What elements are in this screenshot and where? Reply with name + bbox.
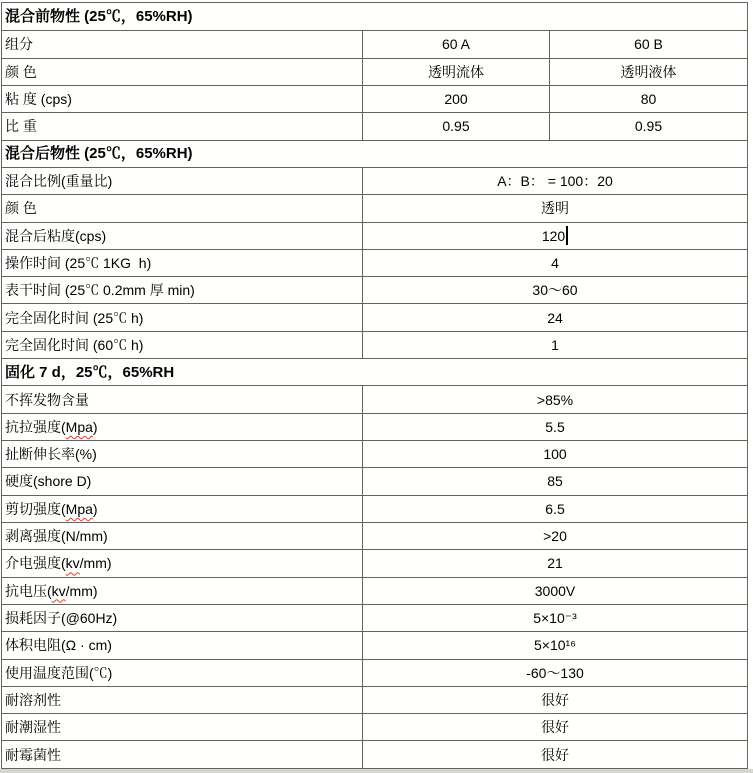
row-label[interactable]: 抗拉强度(Mpa) [2, 414, 362, 440]
spellcheck-wavy-underline: Mpa [66, 420, 93, 434]
value-cell-b[interactable]: 60 B [549, 31, 747, 57]
value-cell[interactable]: 21 [362, 550, 747, 576]
value-cell[interactable]: 24 [362, 304, 747, 330]
table-row: 损耗因子(@60Hz) 5×10⁻³ [2, 604, 747, 631]
section-header-postmix[interactable]: 混合后物性 (25℃，65%RH) [2, 141, 747, 167]
row-label[interactable]: 混合比例(重量比) [2, 168, 362, 194]
value-cell-a[interactable]: 透明流体 [362, 59, 549, 85]
value-cell[interactable]: 30～60 [362, 277, 747, 303]
value-cell[interactable]: 很好 [362, 741, 747, 767]
value-cell[interactable]: 6.5 [362, 496, 747, 522]
row-label[interactable]: 混合后粘度(cps) [2, 223, 362, 249]
value-cell-b[interactable]: 透明液体 [549, 59, 747, 85]
properties-table: 混合前物性 (25℃，65%RH) 组分 60 A 60 B 颜 色 透明流体 … [1, 2, 748, 769]
spellcheck-wavy-underline: Mpa [66, 502, 93, 516]
row-label[interactable]: 颜 色 [2, 59, 362, 85]
value-cell[interactable]: 透明 [362, 195, 747, 221]
table-row: 完全固化时间 (25℃ h) 24 [2, 303, 747, 330]
table-row: 颜 色 透明流体 透明液体 [2, 58, 747, 85]
table-row: 比 重 0.95 0.95 [2, 112, 747, 139]
section-header-cured[interactable]: 固化 7 d，25℃，65%RH [2, 359, 747, 385]
value-cell-b[interactable]: 0.95 [549, 113, 747, 139]
value-cell[interactable]: 120 [362, 223, 747, 249]
value-cell[interactable]: 3000V [362, 578, 747, 604]
value-text: 120 [542, 229, 565, 243]
table-row: 组分 60 A 60 B [2, 30, 747, 57]
value-cell[interactable]: >20 [362, 523, 747, 549]
row-label[interactable]: 耐溶剂性 [2, 687, 362, 713]
table-row: 体积电阻(Ω · cm) 5×10¹⁶ [2, 631, 747, 658]
table-row: 操作时间 (25℃ 1KG h) 4 [2, 249, 747, 276]
table-row: 颜 色 透明 [2, 194, 747, 221]
spellcheck-wavy-underline: kv [66, 556, 80, 570]
table-row: 耐潮湿性 很好 [2, 713, 747, 740]
value-cell-b[interactable]: 80 [549, 86, 747, 112]
row-label[interactable]: 颜 色 [2, 195, 362, 221]
row-label[interactable]: 表干时间 (25℃ 0.2mm 厚 min) [2, 277, 362, 303]
table-row: 混合后粘度(cps) 120 [2, 222, 747, 249]
table-row: 使用温度范围(℃) -60～130 [2, 659, 747, 686]
label-text: ) [93, 502, 98, 516]
value-cell[interactable]: A：B： = 100：20 [362, 168, 747, 194]
section-header-row-cured: 固化 7 d，25℃，65%RH [2, 358, 747, 385]
row-label[interactable]: 耐潮湿性 [2, 714, 362, 740]
value-cell[interactable]: 1 [362, 332, 747, 358]
table-row: 剪切强度(Mpa) 6.5 [2, 495, 747, 522]
row-label[interactable]: 比 重 [2, 113, 362, 139]
text-cursor [566, 226, 568, 245]
label-text: ) [93, 420, 98, 434]
table-row: 介电强度(kv/mm) 21 [2, 549, 747, 576]
row-label[interactable]: 介电强度(kv/mm) [2, 550, 362, 576]
table-row: 表干时间 (25℃ 0.2mm 厚 min) 30～60 [2, 276, 747, 303]
label-text: 抗电压( [5, 584, 52, 598]
value-cell-a[interactable]: 60 A [362, 31, 549, 57]
value-cell[interactable]: 5.5 [362, 414, 747, 440]
table-row: 抗电压(kv/mm) 3000V [2, 577, 747, 604]
row-label[interactable]: 操作时间 (25℃ 1KG h) [2, 250, 362, 276]
label-text: 剪切强度( [5, 502, 66, 516]
page-bottom-edge [0, 769, 753, 773]
section-header-row-premix: 混合前物性 (25℃，65%RH) [2, 3, 747, 30]
table-row: 混合比例(重量比) A：B： = 100：20 [2, 167, 747, 194]
value-cell-a[interactable]: 200 [362, 86, 549, 112]
row-label[interactable]: 抗电压(kv/mm) [2, 578, 362, 604]
table-row: 完全固化时间 (60℃ h) 1 [2, 331, 747, 358]
label-text: 介电强度( [5, 556, 66, 570]
row-label[interactable]: 体积电阻(Ω · cm) [2, 632, 362, 658]
value-cell[interactable]: 5×10¹⁶ [362, 632, 747, 658]
value-cell[interactable]: 100 [362, 441, 747, 467]
value-cell[interactable]: 很好 [362, 687, 747, 713]
table-row: 抗拉强度(Mpa) 5.5 [2, 413, 747, 440]
section-header-premix[interactable]: 混合前物性 (25℃，65%RH) [2, 3, 747, 30]
table-row: 耐溶剂性 很好 [2, 686, 747, 713]
row-label[interactable]: 硬度(shore D) [2, 468, 362, 494]
row-label[interactable]: 损耗因子(@60Hz) [2, 605, 362, 631]
row-label[interactable]: 剥离强度(N/mm) [2, 523, 362, 549]
value-cell-a[interactable]: 0.95 [362, 113, 549, 139]
value-cell[interactable]: 85 [362, 468, 747, 494]
table-row: 粘 度 (cps) 200 80 [2, 85, 747, 112]
row-label[interactable]: 剪切强度(Mpa) [2, 496, 362, 522]
table-row: 耐霉菌性 很好 [2, 740, 747, 767]
value-cell[interactable]: 5×10⁻³ [362, 605, 747, 631]
row-label[interactable]: 粘 度 (cps) [2, 86, 362, 112]
table-row: 剥离强度(N/mm) >20 [2, 522, 747, 549]
value-cell[interactable]: 很好 [362, 714, 747, 740]
row-label[interactable]: 完全固化时间 (60℃ h) [2, 332, 362, 358]
value-cell[interactable]: >85% [362, 386, 747, 412]
label-text: /mm) [80, 556, 112, 570]
spellcheck-wavy-underline: kv [52, 584, 66, 598]
label-text: /mm) [66, 584, 98, 598]
row-label[interactable]: 扯断伸长率(%) [2, 441, 362, 467]
row-label[interactable]: 使用温度范围(℃) [2, 660, 362, 686]
value-cell[interactable]: 4 [362, 250, 747, 276]
label-text: 抗拉强度( [5, 420, 66, 434]
row-label[interactable]: 组分 [2, 31, 362, 57]
row-label[interactable]: 完全固化时间 (25℃ h) [2, 304, 362, 330]
table-row: 扯断伸长率(%) 100 [2, 440, 747, 467]
row-label[interactable]: 不挥发物含量 [2, 386, 362, 412]
value-cell[interactable]: -60～130 [362, 660, 747, 686]
row-label[interactable]: 耐霉菌性 [2, 741, 362, 767]
section-header-row-postmix: 混合后物性 (25℃，65%RH) [2, 140, 747, 167]
table-row: 不挥发物含量 >85% [2, 385, 747, 412]
table-row: 硬度(shore D) 85 [2, 467, 747, 494]
